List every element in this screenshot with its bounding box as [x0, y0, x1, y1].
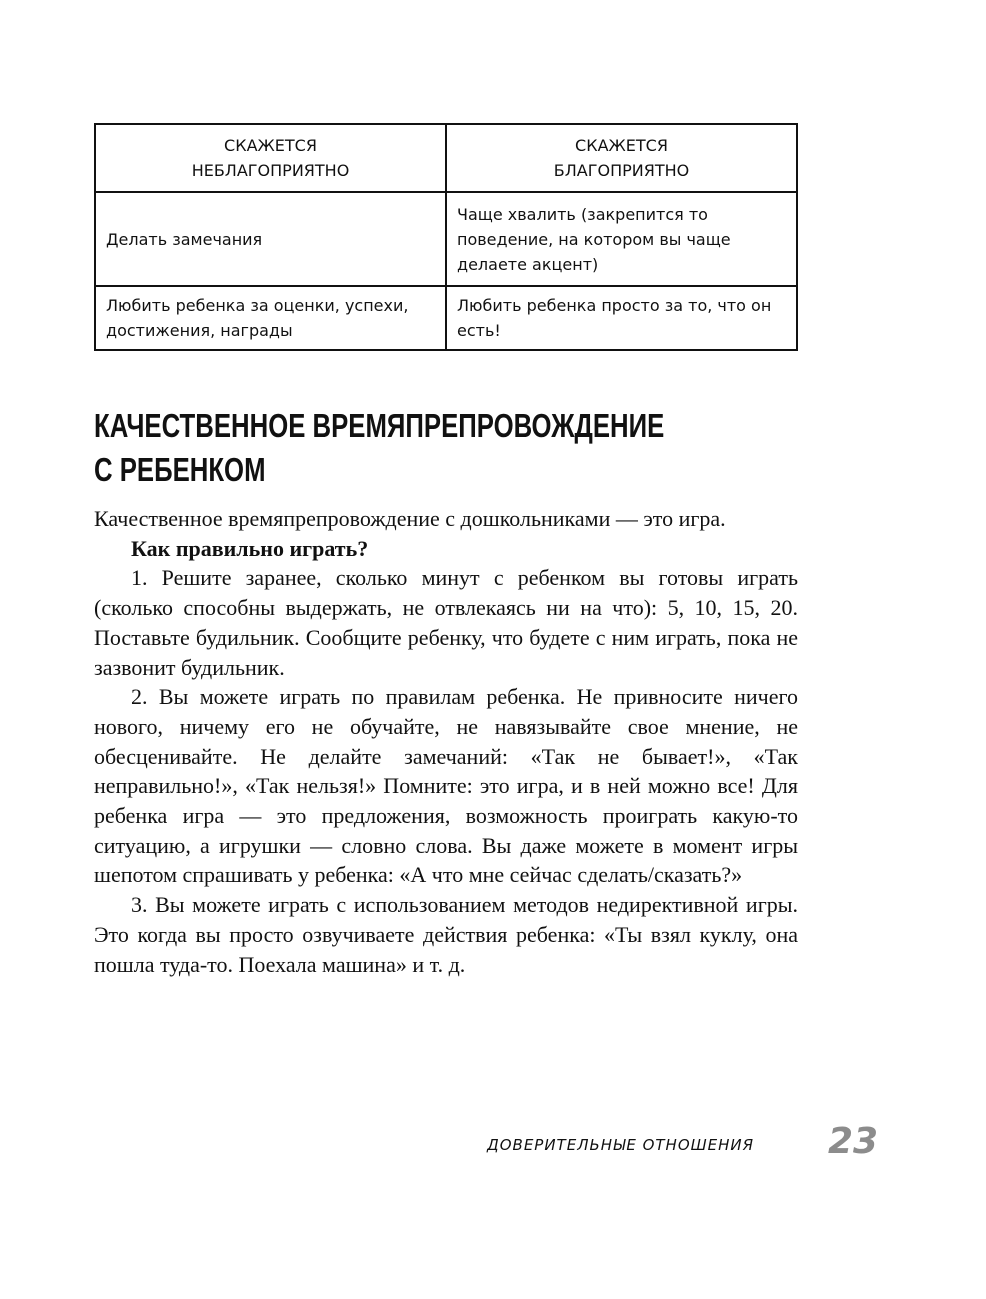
heading-line: КАЧЕСТВЕННОЕ ВРЕМЯПРЕПРОВОЖДЕНИЕ [94, 404, 664, 448]
list-item: 2. Вы можете играть по правилам ребенка.… [94, 682, 798, 890]
comparison-table: СКАЖЕТСЯ НЕБЛАГОПРИЯТНО СКАЖЕТСЯ БЛАГОПР… [94, 123, 798, 351]
table-header-unfavorable: СКАЖЕТСЯ НЕБЛАГОПРИЯТНО [95, 124, 446, 192]
header-line: СКАЖЕТСЯ [575, 136, 668, 155]
subheading: Как правильно играть? [94, 534, 798, 564]
table-cell: Чаще хвалить (закрепится то поведение, н… [446, 192, 797, 286]
table-cell: Любить ребенка просто за то, что он есть… [446, 286, 797, 350]
table-header-favorable: СКАЖЕТСЯ БЛАГОПРИЯТНО [446, 124, 797, 192]
intro-paragraph: Качественное времяпрепровождение с дошко… [94, 504, 798, 534]
page-number: 23 [828, 1121, 878, 1162]
table-cell: Любить ребенка за оценки, успехи, достиж… [95, 286, 446, 350]
table-row: Любить ребенка за оценки, успехи, достиж… [95, 286, 797, 350]
header-line: БЛАГОПРИЯТНО [554, 161, 689, 180]
body-text: Качественное времяпрепровождение с дошко… [94, 504, 798, 979]
table-cell: Делать замечания [95, 192, 446, 286]
section-heading: КАЧЕСТВЕННОЕ ВРЕМЯПРЕПРОВОЖДЕНИЕ С РЕБЕН… [94, 404, 664, 492]
running-title: ДОВЕРИТЕЛЬНЫЕ ОТНОШЕНИЯ [487, 1136, 754, 1154]
table-header-row: СКАЖЕТСЯ НЕБЛАГОПРИЯТНО СКАЖЕТСЯ БЛАГОПР… [95, 124, 797, 192]
list-item: 3. Вы можете играть с использованием мет… [94, 890, 798, 979]
table-row: Делать замечания Чаще хвалить (закрепитс… [95, 192, 797, 286]
header-line: СКАЖЕТСЯ [224, 136, 317, 155]
list-item: 1. Решите заранее, сколько минут с ребен… [94, 563, 798, 682]
heading-line: С РЕБЕНКОМ [94, 448, 664, 492]
header-line: НЕБЛАГОПРИЯТНО [192, 161, 350, 180]
